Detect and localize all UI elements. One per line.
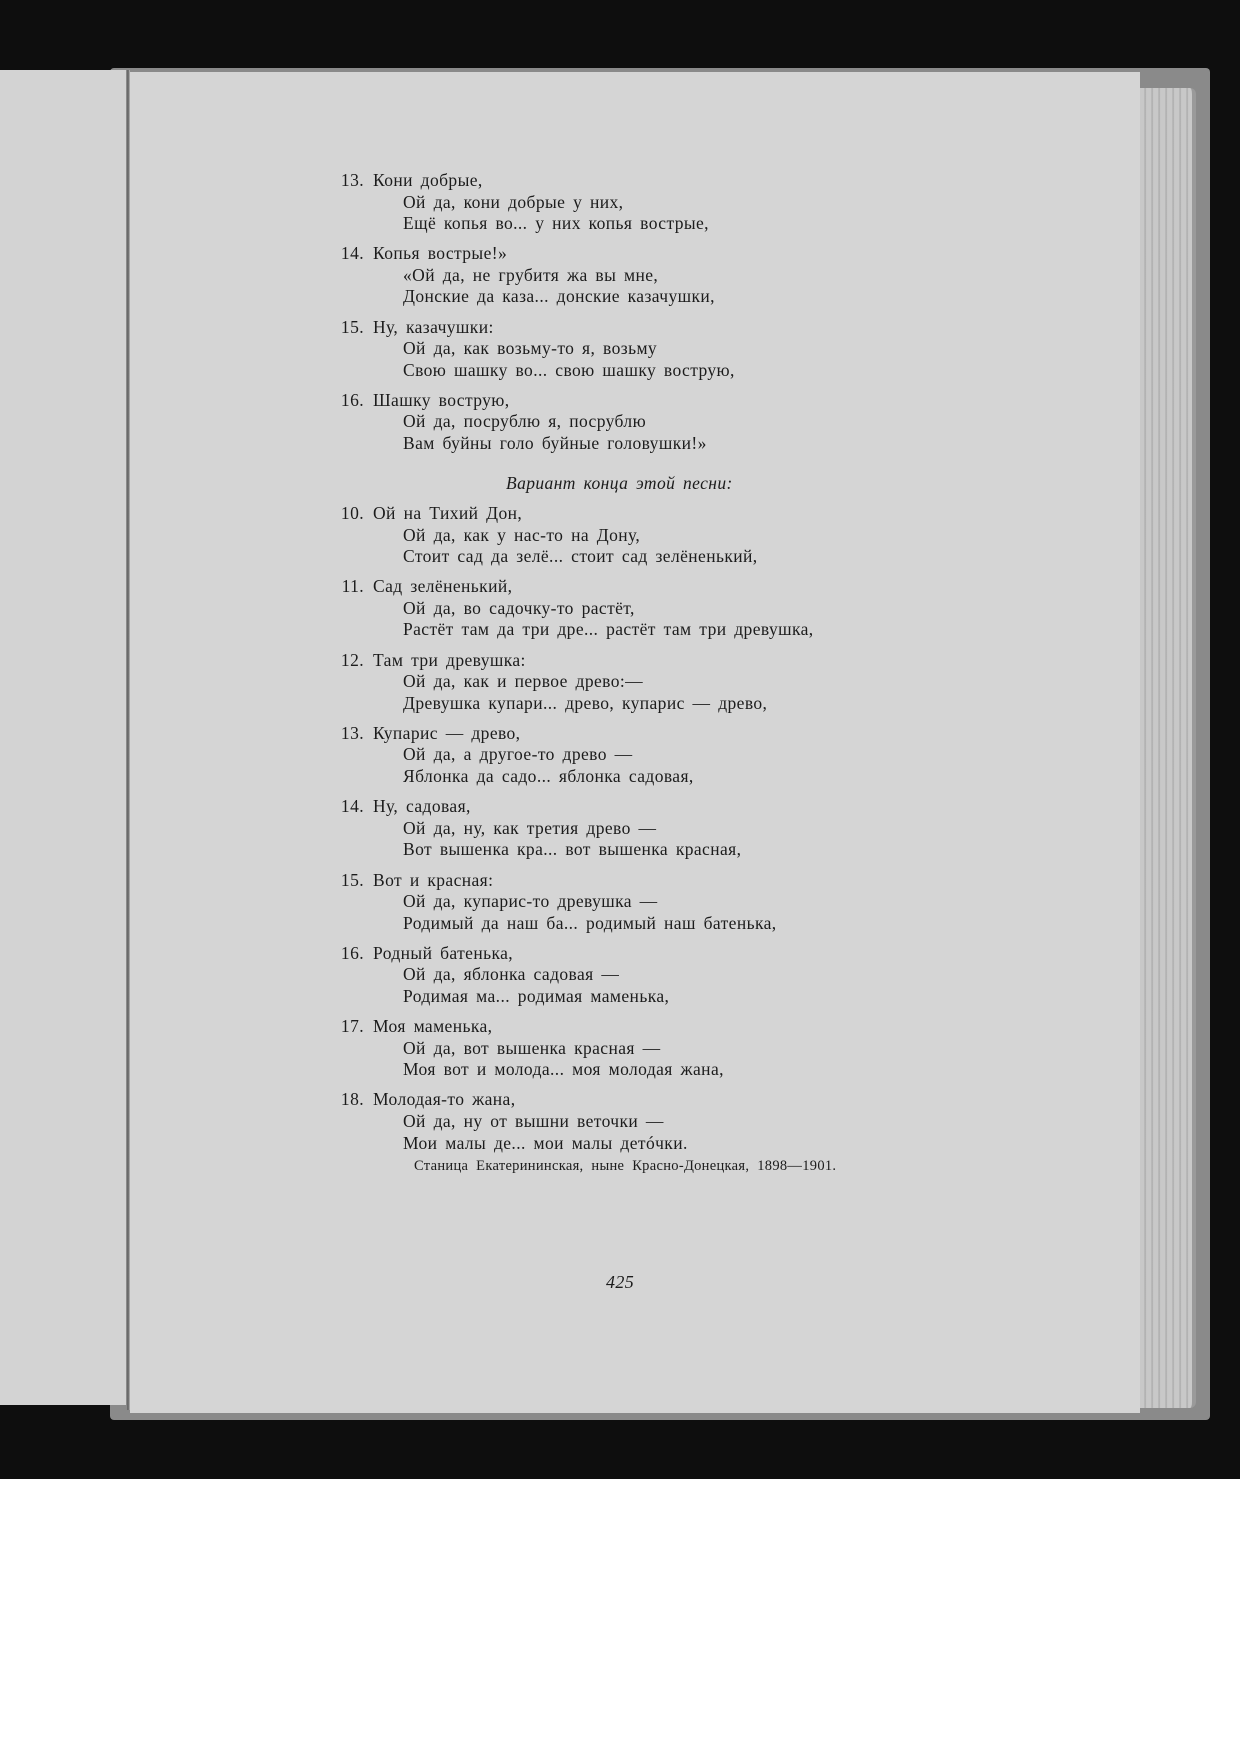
stanza-number: 18. — [336, 1089, 364, 1110]
stanza-number: 14. — [336, 796, 364, 817]
stanza-number: 11. — [336, 576, 364, 597]
scan-background: 13.Кони добрые,Ой да, кони добрые у них,… — [0, 0, 1240, 1479]
stanza-first-line: Молодая-то жана, — [373, 1089, 515, 1110]
stanza-number: 10. — [336, 503, 364, 524]
stanza-line: Мои малы де... мои малы детóчки. — [403, 1133, 688, 1154]
variant-heading: Вариант конца этой песни: — [506, 473, 733, 494]
stanza-line: Ой да, кони добрые у них, — [403, 192, 623, 213]
song-text: 13.Кони добрые,Ой да, кони добрые у них,… — [336, 170, 1036, 1310]
stanza-line: Родимый да наш ба... родимый наш батеньк… — [403, 913, 777, 934]
source-note: Станица Екатерининская, ныне Красно-Доне… — [414, 1158, 836, 1175]
stanza-line: Стоит сад да зелё... стоит сад зелёненьк… — [403, 546, 758, 567]
stanza-number: 15. — [336, 317, 364, 338]
page-number: 425 — [606, 1272, 634, 1293]
stanza-line: Ой да, ну от вышни веточки — — [403, 1111, 664, 1132]
stanza-number: 14. — [336, 243, 364, 264]
stanza-line: Ой да, купарис-то древушка — — [403, 891, 658, 912]
stanza-first-line: Вот и красная: — [373, 870, 493, 891]
stanza-line: Ой да, как у нас-то на Дону, — [403, 525, 640, 546]
stanza-number: 17. — [336, 1016, 364, 1037]
stanza-line: Ой да, яблонка садовая — — [403, 964, 619, 985]
stanza-first-line: Купарис — древо, — [373, 723, 520, 744]
stanza-number: 13. — [336, 723, 364, 744]
book-gutter — [126, 70, 130, 1410]
stanza-line: Донские да каза... донские казачушки, — [403, 286, 715, 307]
stanza-line: Ой да, во садочку-то растёт, — [403, 598, 635, 619]
stanza-number: 12. — [336, 650, 364, 671]
stanza-number: 15. — [336, 870, 364, 891]
stanza-line: Растёт там да три дре... растёт там три … — [403, 619, 814, 640]
stanza-first-line: Сад зелёненький, — [373, 576, 512, 597]
stanza-first-line: Там три древушка: — [373, 650, 526, 671]
left-page — [0, 70, 128, 1405]
stanza-line: Яблонка да садо... яблонка садовая, — [403, 766, 694, 787]
stanza-line: Ой да, вот вышенка красная — — [403, 1038, 661, 1059]
stanza-first-line: Моя маменька, — [373, 1016, 492, 1037]
stanza-first-line: Ну, садовая, — [373, 796, 471, 817]
stanza-number: 13. — [336, 170, 364, 191]
stanza-line: Моя вот и молода... моя молодая жана, — [403, 1059, 724, 1080]
stanza-line: Древушка купари... древо, купарис — древ… — [403, 693, 767, 714]
stanza-line: Родимая ма... родимая маменька, — [403, 986, 669, 1007]
stanza-first-line: Кони добрые, — [373, 170, 483, 191]
stanza-line: Ой да, посрублю я, посрублю — [403, 411, 646, 432]
stanza-line: Вам буйны голо буйные головушки!» — [403, 433, 707, 454]
stanza-line: Ой да, как возьму-то я, возьму — [403, 338, 657, 359]
stanza-number: 16. — [336, 943, 364, 964]
stanza-number: 16. — [336, 390, 364, 411]
page-edges — [1140, 88, 1196, 1408]
stanza-first-line: Родный батенька, — [373, 943, 513, 964]
stanza-line: Ой да, как и первое древо:— — [403, 671, 643, 692]
stanza-line: «Ой да, не грубитя жа вы мне, — [403, 265, 658, 286]
stanza-first-line: Шашку вострую, — [373, 390, 510, 411]
stanza-line: Ой да, ну, как третия древо — — [403, 818, 656, 839]
stanza-first-line: Ой на Тихий Дон, — [373, 503, 522, 524]
stanza-first-line: Копья вострые!» — [373, 243, 507, 264]
stanza-line: Ещё копья во... у них копья вострые, — [403, 213, 709, 234]
stanza-line: Свою шашку во... свою шашку вострую, — [403, 360, 735, 381]
stanza-first-line: Ну, казачушки: — [373, 317, 494, 338]
stanza-line: Ой да, а другое-то древо — — [403, 744, 633, 765]
stanza-line: Вот вышенка кра... вот вышенка красная, — [403, 839, 741, 860]
